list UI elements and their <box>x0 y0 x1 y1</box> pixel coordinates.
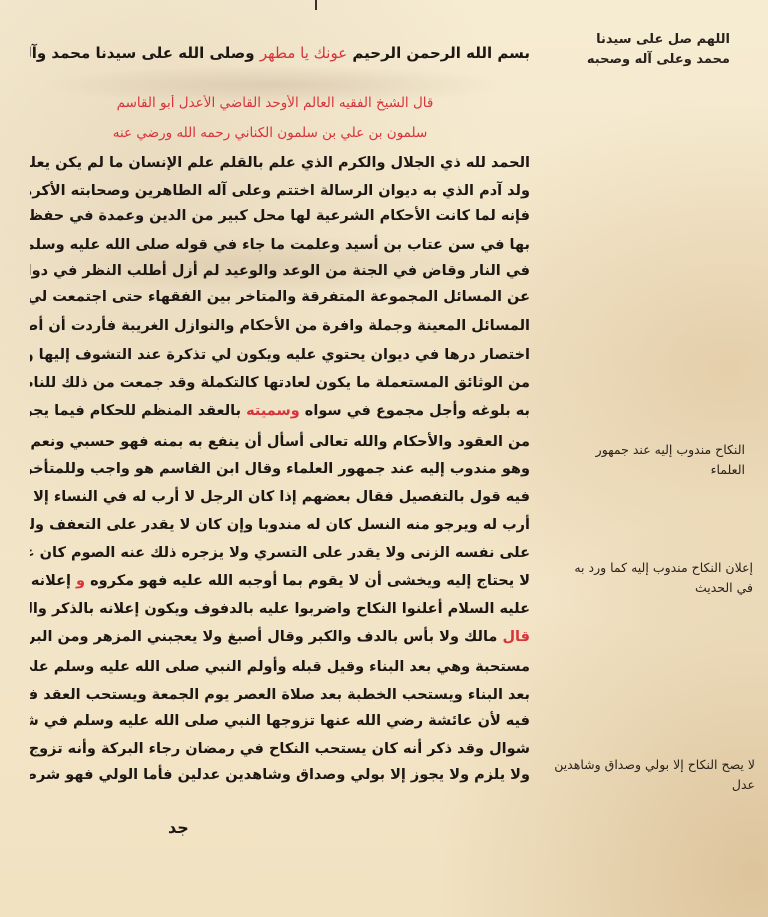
basmala-red-invocation: عونك يا مطهر <box>260 44 347 62</box>
margin-note-3: لا يصح النكاح إلا بولي وصداق وشاهدين عدل <box>545 755 755 795</box>
body-line-12: وهو مندوب إليه عند جمهور العلماء وقال اب… <box>30 456 530 482</box>
note-line: محمد وعلى آله وصحبه <box>580 50 730 70</box>
line-text: بها في سن عتاب بن أسيد وعلمت ما جاء في ق… <box>30 237 530 253</box>
body-line-2: ولد آدم الذي به ديوان الرسالة اختتم وعلى… <box>30 178 530 204</box>
body-line-18: قال مالك ولا بأس بالدف والكبر وقال أصبغ … <box>30 624 530 650</box>
line-text: إعلانه مندوب إليه لقوله <box>30 573 71 589</box>
body-line-7: المسائل المعينة وجملة وافرة من الأحكام و… <box>30 313 530 339</box>
basmala-header: بسم الله الرحمن الرحيم عونك يا مطهر وصلى… <box>30 40 530 66</box>
body-line-3: فإنه لما كانت الأحكام الشرعية لها محل كب… <box>30 203 530 229</box>
line-text: به بلوغه وأجل مجموع في سواه <box>305 403 530 419</box>
line-text: عن المسائل المجموعة المتفرقة والمتاخر بي… <box>30 289 530 305</box>
line-text: الحمد لله ذي الجلال والكرم الذي علم بالق… <box>30 155 530 171</box>
line-text: لا يحتاج إليه ويخشى أن لا يقوم بما أوجبه… <box>90 573 530 589</box>
note-line: في الحديث <box>538 578 753 598</box>
body-line-20: بعد البناء ويستحب الخطبة بعد صلاة العصر … <box>30 682 530 708</box>
line-text: بعد البناء ويستحب الخطبة بعد صلاة العصر … <box>30 687 530 703</box>
line-text: مالك ولا بأس بالدف والكبر وقال أصبغ ولا … <box>30 629 497 645</box>
line-text: في النار وقاض في الجنة من الوعد والوعيد … <box>30 263 530 279</box>
line-text: المسائل المعينة وجملة وافرة من الأحكام و… <box>30 318 530 334</box>
line-text: من الوثائق المستعملة ما يكون لعادتها كال… <box>30 375 530 391</box>
body-line-4: بها في سن عتاب بن أسيد وعلمت ما جاء في ق… <box>30 232 530 258</box>
line-text: من العقود والأحكام والله تعالى أسأل أن ي… <box>30 434 530 450</box>
manuscript-page: اللهم صل على سيدنا محمد وعلى آله وصحبه ب… <box>0 0 768 917</box>
body-line-22: شوال وقد ذكر أنه كان يستحب النكاح في رمض… <box>30 736 530 762</box>
body-line-17: عليه السلام أعلنوا النكاح واضربوا عليه ب… <box>30 596 530 622</box>
body-line-1: الحمد لله ذي الجلال والكرم الذي علم بالق… <box>30 150 530 176</box>
body-line-16: لا يحتاج إليه ويخشى أن لا يقوم بما أوجبه… <box>30 568 530 594</box>
body-line-19: مستحبة وهي بعد البناء وقيل قبله وأولم ال… <box>30 654 530 680</box>
body-line-8: اختصار درها في ديوان يحتوي عليه ويكون لي… <box>30 342 530 368</box>
line-text: اختصار درها في ديوان يحتوي عليه ويكون لي… <box>30 347 530 363</box>
body-line-14: أرب له ويرجو منه النسل كان له مندوبا وإن… <box>30 512 530 538</box>
basmala-blessing: وصلى الله على سيدنا محمد وآله <box>30 44 255 62</box>
body-line-23: ولا يلزم ولا يجوز إلا بولي وصداق وشاهدين… <box>30 762 530 788</box>
line-text: مستحبة وهي بعد البناء وقيل قبله وأولم ال… <box>30 659 530 675</box>
red-word: و <box>76 573 85 589</box>
note-line: العلماء <box>545 460 745 480</box>
top-right-prayer-note: اللهم صل على سيدنا محمد وعلى آله وصحبه <box>580 30 730 70</box>
line-text: ولد آدم الذي به ديوان الرسالة اختتم وعلى… <box>30 183 530 199</box>
note-line: اللهم صل على سيدنا <box>580 30 730 50</box>
body-line-6: عن المسائل المجموعة المتفرقة والمتاخر بي… <box>30 284 530 310</box>
note-line: إعلان النكاح مندوب إليه كما ورد به <box>538 558 753 578</box>
body-line-11: من العقود والأحكام والله تعالى أسأل أن ي… <box>30 428 530 454</box>
catchword: جد <box>168 818 189 837</box>
margin-note-2: إعلان النكاح مندوب إليه كما ورد به في ال… <box>538 558 753 598</box>
margin-note-1: النكاح مندوب إليه عند جمهور العلماء <box>545 440 745 480</box>
rubric-text: قال الشيخ الفقيه العالم الأوحد القاضي ال… <box>117 95 434 111</box>
line-text: على نفسه الزنى ولا يقدر على التسري ولا ي… <box>30 545 530 561</box>
note-line: النكاح مندوب إليه عند جمهور <box>545 440 745 460</box>
line-text: أرب له ويرجو منه النسل كان له مندوبا وإن… <box>30 517 530 533</box>
note-line: عدل <box>545 775 755 795</box>
body-line-21: فيه لأن عائشة رضي الله عنها تزوجها النبي… <box>30 708 530 734</box>
line-text: بالعقد المنظم للحكام فيما يجري بين أيديه… <box>30 403 241 419</box>
note-line: لا يصح النكاح إلا بولي وصداق وشاهدين <box>545 755 755 775</box>
body-line-5: في النار وقاض في الجنة من الوعد والوعيد … <box>30 258 530 284</box>
line-text: عليه السلام أعلنوا النكاح واضربوا عليه ب… <box>30 601 530 617</box>
body-line-13: فيه قول بالتفصيل فقال بعضهم إذا كان الرج… <box>30 484 530 510</box>
line-text: ولا يلزم ولا يجوز إلا بولي وصداق وشاهدين… <box>30 767 530 783</box>
red-word-qal: قال <box>502 629 530 645</box>
body-line-9: من الوثائق المستعملة ما يكون لعادتها كال… <box>30 370 530 396</box>
line-text: فإنه لما كانت الأحكام الشرعية لها محل كب… <box>30 208 530 224</box>
rubric-line-2: سلمون بن علي بن سلمون الكناني رحمه الله … <box>105 125 435 141</box>
line-text: فيه قول بالتفصيل فقال بعضهم إذا كان الرج… <box>30 489 530 505</box>
body-line-15: على نفسه الزنى ولا يقدر على التسري ولا ي… <box>30 540 530 566</box>
red-word-title: وسميته <box>246 403 300 419</box>
basmala-text: بسم الله الرحمن الرحيم <box>352 44 530 62</box>
line-text: وهو مندوب إليه عند جمهور العلماء وقال اب… <box>30 461 530 477</box>
line-text: فيه لأن عائشة رضي الله عنها تزوجها النبي… <box>30 713 530 729</box>
rubric-line-1: قال الشيخ الفقيه العالم الأوحد القاضي ال… <box>110 95 440 111</box>
rubric-text: سلمون بن علي بن سلمون الكناني رحمه الله … <box>113 125 428 141</box>
body-line-10: به بلوغه وأجل مجموع في سواه وسميته بالعق… <box>30 398 530 424</box>
folio-tick-mark <box>315 0 317 10</box>
line-text: شوال وقد ذكر أنه كان يستحب النكاح في رمض… <box>30 741 530 757</box>
